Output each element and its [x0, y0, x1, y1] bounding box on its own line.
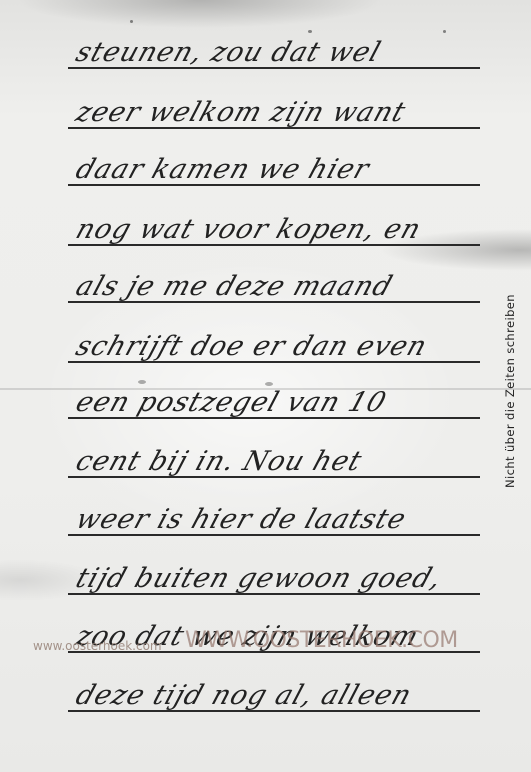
ink-spot	[130, 20, 133, 23]
handwritten-text: steunen, zou dat wel	[72, 37, 385, 68]
letter-line: deze tijd nog al, alleen	[68, 668, 480, 712]
ruled-line	[68, 127, 480, 129]
handwritten-text: een postzegel van 10	[72, 387, 391, 418]
letter-line: weer is hier de laatste	[68, 492, 480, 536]
watermark-large: WWW.OOSTERHOEK.COM	[185, 628, 458, 653]
ruled-line	[68, 534, 480, 536]
letter-line: als je me deze maand	[68, 259, 480, 303]
handwritten-text: zeer welkom zijn want	[72, 97, 410, 128]
letter-line: een postzegel van 10	[68, 375, 480, 419]
ruled-line	[68, 184, 480, 186]
handwritten-text: weer is hier de laatste	[72, 504, 410, 535]
letter-line: cent bij in. Nou het	[68, 434, 480, 478]
handwritten-text: tijd buiten gewoon goed,	[72, 563, 446, 594]
handwritten-text: daar kamen we hier	[72, 154, 374, 185]
letter-line: tijd buiten gewoon goed,	[68, 551, 480, 595]
letter-line: zeer welkom zijn want	[68, 85, 480, 129]
ruled-line	[68, 476, 480, 478]
letter-line: nog wat voor kopen, en	[68, 202, 480, 246]
handwritten-text: nog wat voor kopen, en	[72, 214, 425, 245]
ruled-line	[68, 361, 480, 363]
ruled-line	[68, 710, 480, 712]
letter-line: daar kamen we hier	[68, 142, 480, 186]
handwritten-text: als je me deze maand	[72, 271, 397, 302]
ruled-line	[68, 301, 480, 303]
margin-instruction: Nicht über die Zeiten schreiben	[503, 294, 517, 488]
handwritten-text: cent bij in. Nou het	[72, 446, 366, 477]
ruled-line	[68, 417, 480, 419]
ruled-line	[68, 244, 480, 246]
letter-line: schrijft doe er dan even	[68, 319, 480, 363]
letter-line: steunen, zou dat wel	[68, 25, 480, 69]
handwritten-text: schrijft doe er dan even	[72, 331, 431, 362]
watermark-small: www.oosterhoek.com	[33, 639, 162, 653]
ruled-line	[68, 67, 480, 69]
handwritten-text: deze tijd nog al, alleen	[72, 680, 416, 711]
ruled-line	[68, 593, 480, 595]
